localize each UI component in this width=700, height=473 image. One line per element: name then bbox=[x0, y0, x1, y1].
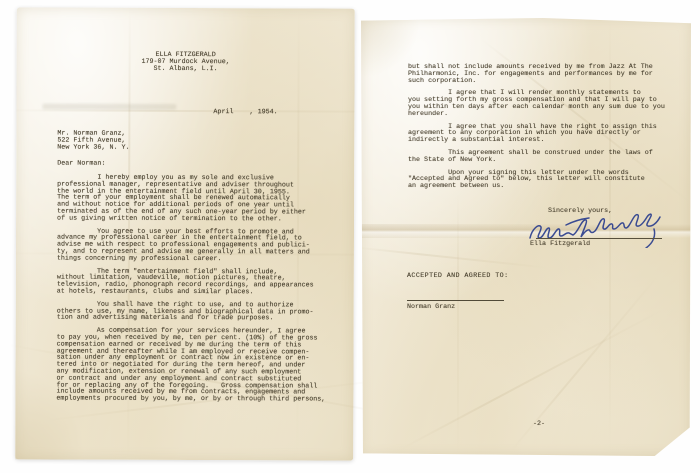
text-line: an agreement between us. bbox=[408, 183, 686, 190]
text-line: tion and advertising materials and for t… bbox=[57, 315, 343, 323]
recipient-address: Mr. Norman Granz,522 Fifth Avenue,New Yo… bbox=[57, 131, 129, 152]
text-line: New York 36, N. Y. bbox=[57, 144, 129, 151]
text-line: of us giving written notice of terminati… bbox=[57, 215, 343, 223]
letterhead: ELLA FITZGERALD 179-07 Murdock Avenue, S… bbox=[17, 51, 355, 73]
text-line: things concerning my professional career… bbox=[57, 255, 343, 263]
paragraph-assignment: I agree that you shall have the right to… bbox=[408, 124, 686, 144]
crease-line bbox=[457, 193, 459, 456]
date-line: April , 1954. bbox=[213, 109, 277, 116]
salutation: Dear Norman: bbox=[57, 161, 105, 168]
paragraph-name-likeness: You shall have the right to use, and to … bbox=[57, 301, 343, 322]
text-line: such corporation. bbox=[408, 78, 686, 85]
scan-background: ELLA FITZGERALD 179-07 Murdock Avenue, S… bbox=[0, 0, 700, 473]
text-line: employments procured by you, by me, or b… bbox=[56, 396, 342, 404]
paragraph-entertainment-field: The term "entertainment field" shall inc… bbox=[57, 268, 343, 296]
paragraph-best-efforts: You agree to use your best efforts to pr… bbox=[57, 228, 343, 263]
paragraph-monthly-statements: I agree that I will render monthly state… bbox=[408, 90, 686, 117]
text-line: you within ten days after each calendar … bbox=[408, 104, 686, 111]
acceptance-signature-line bbox=[407, 300, 504, 301]
text-line: the State of New York. bbox=[408, 157, 686, 164]
crease-line bbox=[401, 309, 664, 450]
letter-page-1: ELLA FITZGERALD 179-07 Murdock Avenue, S… bbox=[15, 7, 355, 460]
signature-rule bbox=[536, 238, 662, 239]
paragraph-acceptance-terms: Upon your signing this letter under the … bbox=[408, 170, 686, 190]
crease-line bbox=[16, 109, 354, 112]
erased-pencil-smudge bbox=[42, 104, 176, 110]
typed-signer-name: Ella Fitzgerald bbox=[530, 241, 590, 248]
paragraph-governing-law: This agreement shall be construed under … bbox=[408, 150, 686, 164]
crease-line bbox=[351, 246, 548, 269]
letter-page-2: but shall not include amounts received b… bbox=[361, 18, 691, 456]
page-number: -2- bbox=[509, 421, 569, 428]
paragraph-employment: I hereby employ you as my sole and exclu… bbox=[57, 175, 343, 224]
letterhead-city: St. Albans, L.I. bbox=[17, 65, 355, 73]
page2-body: but shall not include amounts received b… bbox=[408, 64, 686, 190]
paragraph-compensation: As compensation for your services hereun… bbox=[56, 328, 342, 404]
paragraph-jatp-exclusion: but shall not include amounts received b… bbox=[408, 64, 686, 84]
acceptance-heading: ACCEPTED AND AGREED TO: bbox=[407, 273, 509, 280]
text-line: indirectly a substantial interest. bbox=[408, 137, 686, 144]
text-line: at hotels, restaurants, clubs and simila… bbox=[57, 289, 343, 297]
text-line: hereunder. bbox=[408, 111, 686, 118]
page1-body: I hereby employ you as my sole and exclu… bbox=[56, 175, 343, 404]
acceptance-typed-name: Norman Granz bbox=[407, 304, 455, 311]
